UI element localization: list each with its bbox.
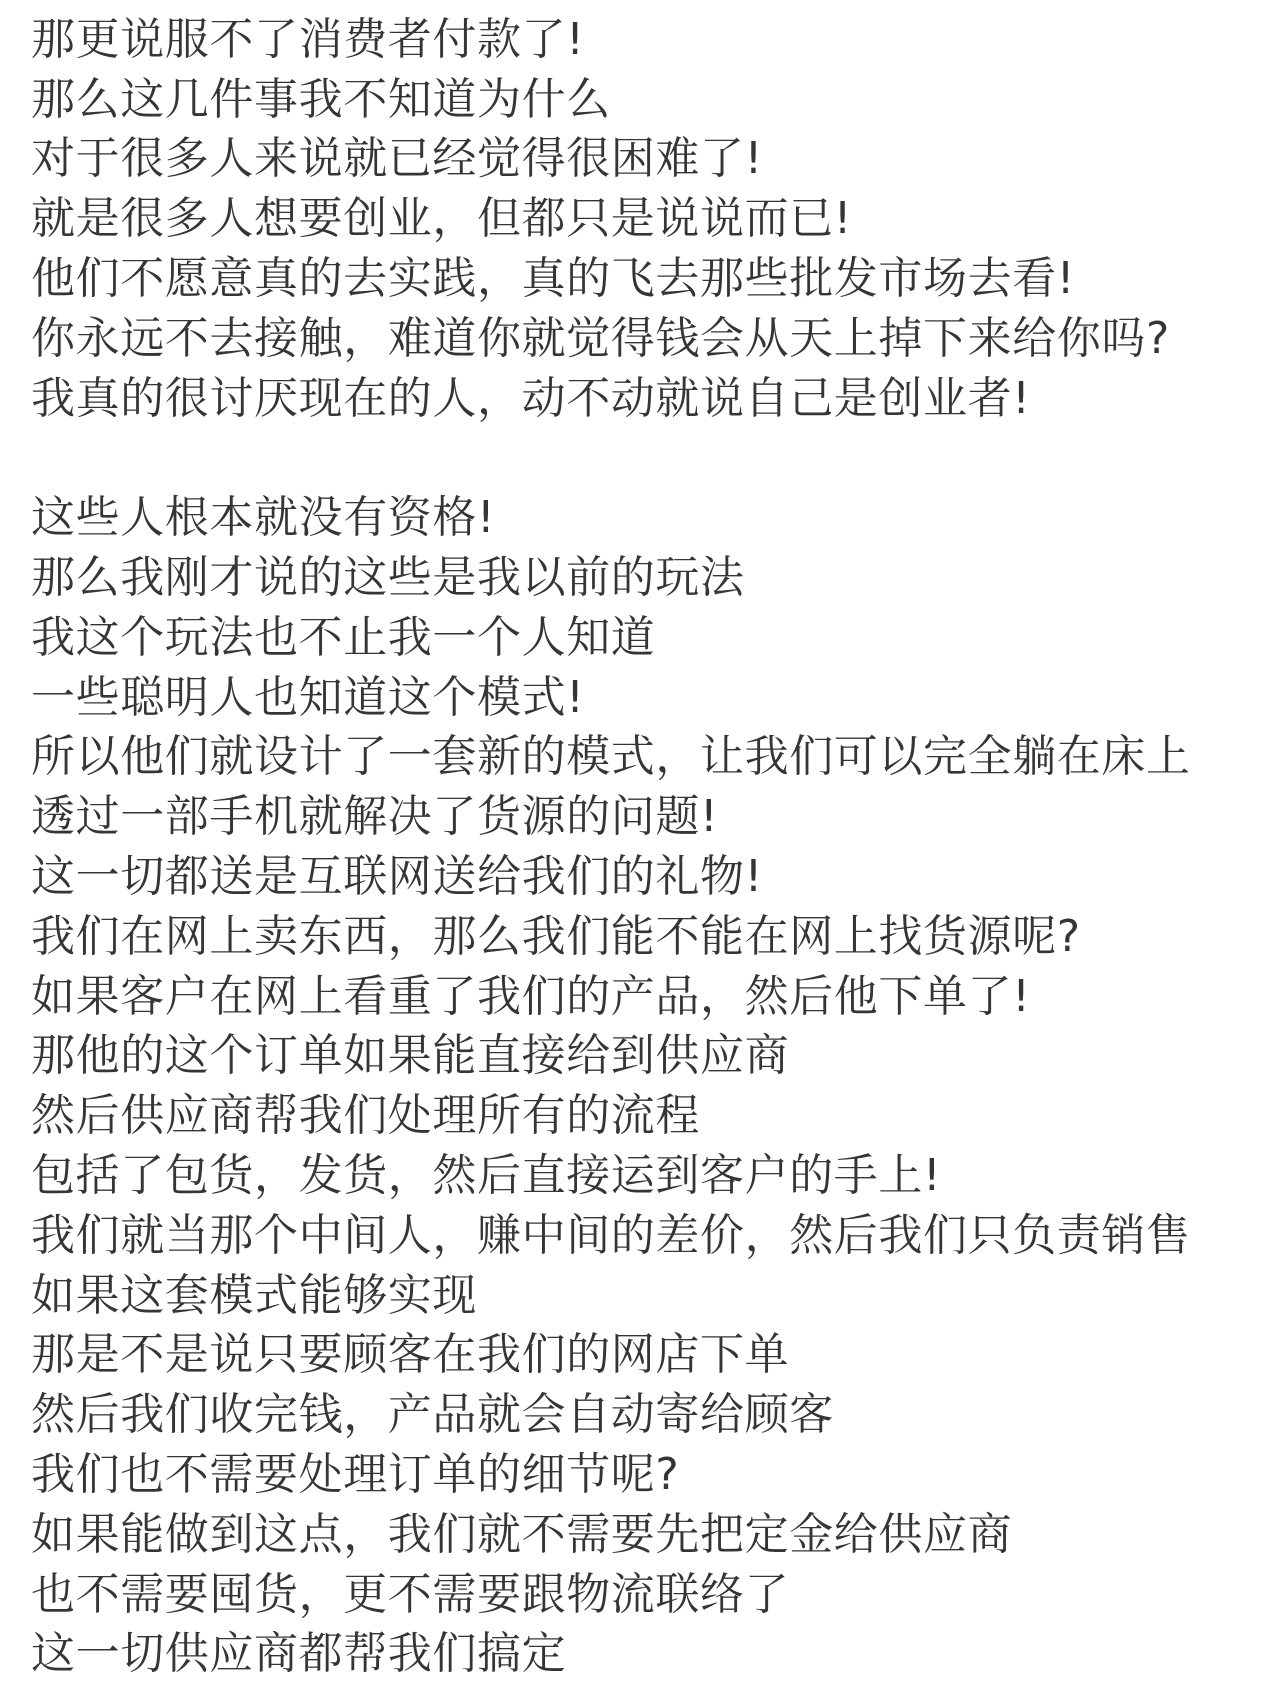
- paragraph-gap: [31, 428, 1271, 488]
- text-line: 然后供应商帮我们处理所有的流程: [31, 1086, 1271, 1146]
- text-line: 包括了包货，发货，然后直接运到客户的手上!: [31, 1146, 1271, 1206]
- text-line: 他们不愿意真的去实践，真的飞去那些批发市场去看!: [31, 249, 1271, 309]
- article-text: 那更说服不了消费者付款了! 那么这几件事我不知道为什么 对于很多人来说就已经觉得…: [31, 0, 1271, 1684]
- text-line: 那更说服不了消费者付款了!: [31, 10, 1271, 70]
- text-line: 那么我刚才说的这些是我以前的玩法: [31, 548, 1271, 608]
- text-line: 那他的这个订单如果能直接给到供应商: [31, 1026, 1271, 1086]
- text-line: 我这个玩法也不止我一个人知道: [31, 608, 1271, 668]
- text-line: 那么这几件事我不知道为什么: [31, 70, 1271, 130]
- text-line: 一些聪明人也知道这个模式!: [31, 668, 1271, 728]
- text-line: 我们也不需要处理订单的细节呢?: [31, 1445, 1271, 1505]
- text-line: 我们在网上卖东西，那么我们能不能在网上找货源呢?: [31, 907, 1271, 967]
- text-line: 所以他们就设计了一套新的模式，让我们可以完全躺在床上: [31, 727, 1271, 787]
- text-line: 那是不是说只要顾客在我们的网店下单: [31, 1325, 1271, 1385]
- text-line: 如果客户在网上看重了我们的产品，然后他下单了!: [31, 967, 1271, 1027]
- paragraph-2: 这些人根本就没有资格! 那么我刚才说的这些是我以前的玩法 我这个玩法也不止我一个…: [31, 488, 1271, 1684]
- text-line: 如果能做到这点，我们就不需要先把定金给供应商: [31, 1505, 1271, 1565]
- text-line: 透过一部手机就解决了货源的问题!: [31, 787, 1271, 847]
- text-line: 然后我们收完钱，产品就会自动寄给顾客: [31, 1385, 1271, 1445]
- text-line: 就是很多人想要创业，但都只是说说而已!: [31, 189, 1271, 249]
- text-line: 这一切都送是互联网送给我们的礼物!: [31, 847, 1271, 907]
- text-line: 这一切供应商都帮我们搞定: [31, 1624, 1271, 1684]
- text-line: 也不需要囤货，更不需要跟物流联络了: [31, 1565, 1271, 1625]
- text-line: 对于很多人来说就已经觉得很困难了!: [31, 129, 1271, 189]
- text-line: 这些人根本就没有资格!: [31, 488, 1271, 548]
- text-line: 如果这套模式能够实现: [31, 1266, 1271, 1326]
- text-line: 你永远不去接触，难道你就觉得钱会从天上掉下来给你吗?: [31, 309, 1271, 369]
- paragraph-1: 那更说服不了消费者付款了! 那么这几件事我不知道为什么 对于很多人来说就已经觉得…: [31, 10, 1271, 429]
- text-line: 我真的很讨厌现在的人，动不动就说自己是创业者!: [31, 369, 1271, 429]
- text-line: 我们就当那个中间人，赚中间的差价，然后我们只负责销售: [31, 1206, 1271, 1266]
- clipped-top-line: [31, 0, 1271, 10]
